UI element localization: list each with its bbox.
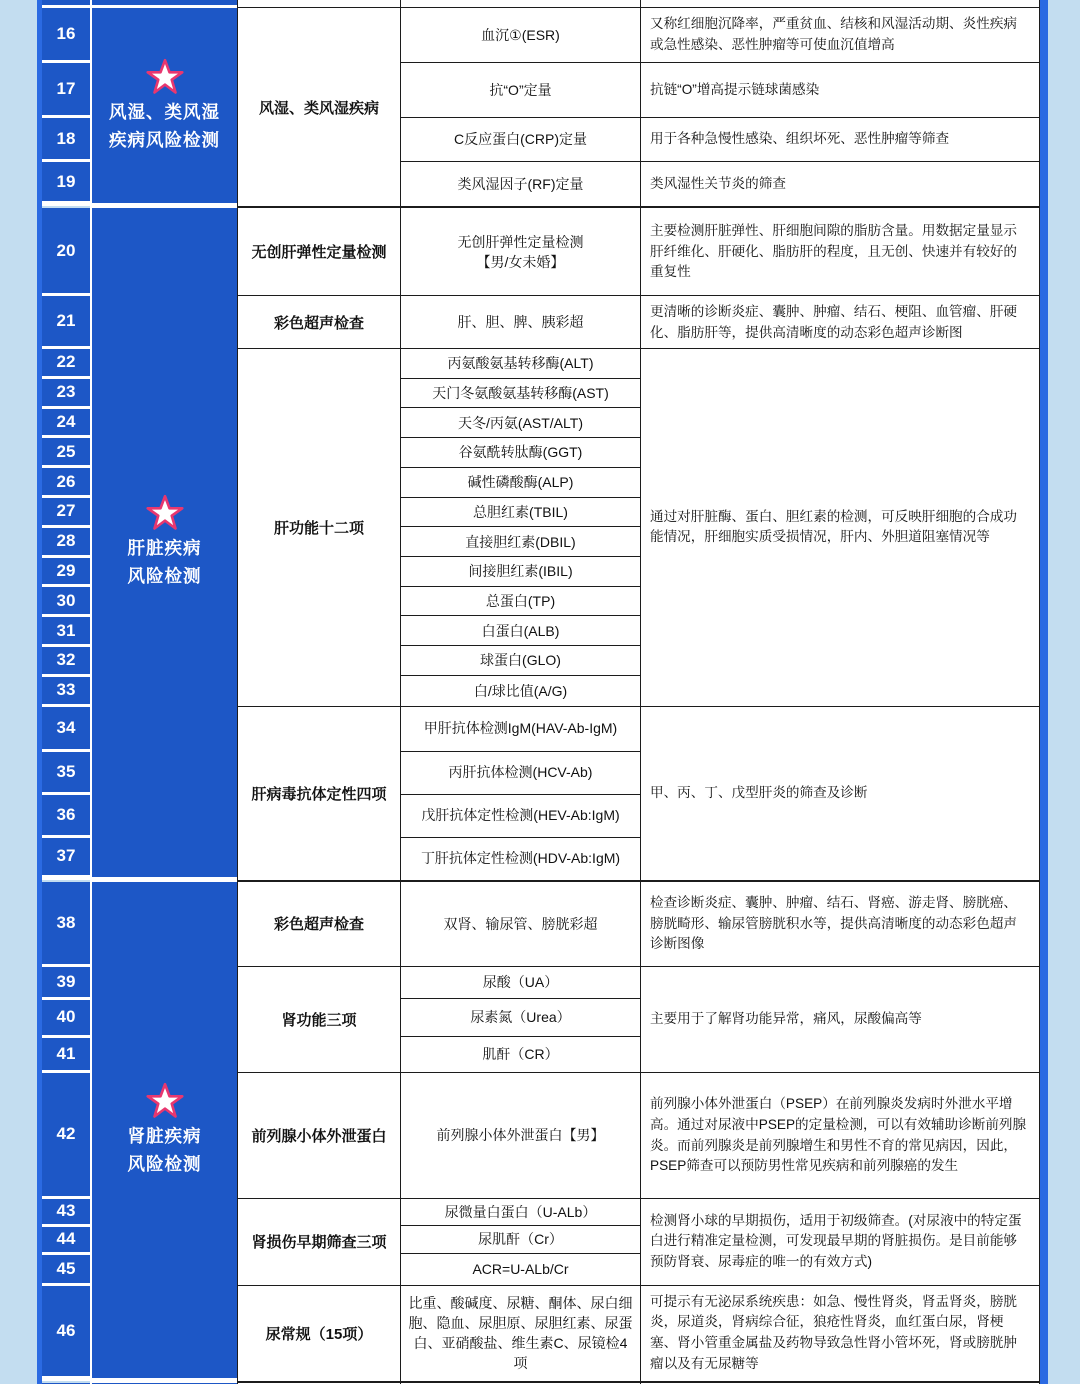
table-body: 无创肝弹性定量检测无创肝弹性定量检测 【男/女未婚】主要检测肝脏弹性、肝细胞间隙…: [237, 208, 1040, 882]
category-cell: 风湿、类风湿疾病风险检测: [92, 8, 237, 208]
group-row: 风湿、类风湿疾病血沉①(ESR)又称红细胞沉降率，严重贫血、结核和风湿活动期、炎…: [238, 8, 1039, 206]
table-row: 比重、酸碱度、尿糖、酮体、尿白细胞、隐血、尿胆原、尿胆红素、尿蛋白、亚硝酸盐、维…: [401, 1286, 1039, 1381]
test-item-cell: 尿素氮（Urea）: [401, 999, 640, 1037]
test-item-cell: 总蛋白(TP): [401, 587, 640, 617]
group-body: 肝、胆、脾、胰彩超更清晰的诊断炎症、囊肿、肿瘤、结石、梗阻、血管瘤、肝硬化、脂肪…: [401, 296, 1039, 348]
row-number-cell: 31: [42, 617, 90, 647]
row-number-cell: 32: [42, 647, 90, 677]
table-row: C反应蛋白(CRP)定量用于各种急慢性感染、组织坏死、恶性肿瘤等筛查: [401, 118, 1039, 162]
test-items-column: 甲肝抗体检测IgM(HAV-Ab-IgM)丙肝抗体检测(HCV-Ab)戊肝抗体定…: [401, 707, 641, 880]
row-number-column: 16171819: [42, 8, 92, 208]
description-text: 类风湿性关节炎的筛查: [650, 174, 786, 195]
row-number-cell: 22: [42, 349, 90, 379]
group-row: 彩色超声检查双肾、输尿管、膀胱彩超检查诊断炎症、囊肿、肿瘤、结石、肾癌、游走肾、…: [238, 882, 1039, 967]
test-item-cell: [401, 0, 641, 7]
description-cell: 更清晰的诊断炎症、囊肿、肿瘤、结石、梗阻、血管瘤、肝硬化、脂肪肝等，提供高清晰度…: [641, 296, 1039, 349]
test-item-cell: 比重、酸碱度、尿糖、酮体、尿白细胞、隐血、尿胆原、尿胆红素、尿蛋白、亚硝酸盐、维…: [401, 1286, 641, 1381]
group-row: 肝病毒抗体定性四项甲肝抗体检测IgM(HAV-Ab-IgM)丙肝抗体检测(HCV…: [238, 707, 1039, 880]
row-number-cell: 19: [42, 162, 90, 206]
category-cell: [92, 0, 237, 8]
row-number-cell: 39: [42, 967, 90, 1000]
row-number-cell: 17: [42, 63, 90, 118]
row-number-cell: [42, 0, 90, 8]
group-name-cell: 肾损伤早期筛查三项: [238, 1199, 401, 1285]
description-cell: 通过对肝脏酶、蛋白、胆红素的检测，可反映肝细胞的合成功能情况，肝细胞实质受损情况…: [641, 349, 1039, 706]
test-item-cell: 白蛋白(ALB): [401, 616, 640, 646]
description-cell: 主要用于了解肾功能异常，痛风，尿酸偏高等: [641, 967, 1039, 1072]
group-body: 丙氨酸氨基转移酶(ALT)天门冬氨酸氨基转移酶(AST)天冬/丙氨(AST/AL…: [401, 349, 1039, 706]
test-item-cell: 肝、胆、脾、胰彩超: [401, 296, 641, 349]
group-row: 肾功能三项尿酸（UA）尿素氮（Urea）肌酐（CR）主要用于了解肾功能异常，痛风…: [238, 967, 1039, 1073]
test-item-cell: 抗“O”定量: [401, 63, 641, 117]
row-number-cell: 41: [42, 1038, 90, 1073]
description-text: 通过对肝脏酶、蛋白、胆红素的检测，可反映肝细胞的合成功能情况，肝细胞实质受损情况…: [650, 507, 1030, 548]
row-number-cell: 16: [42, 8, 90, 63]
row-number-cell: 26: [42, 468, 90, 498]
row-number-cell: 21: [42, 296, 90, 349]
description-text: 检查诊断炎症、囊肿、肿瘤、结石、肾癌、游走肾、膀胱癌、膀胱畸形、输尿管膀胱积水等…: [650, 893, 1030, 955]
category-label: 肝脏疾病: [128, 534, 202, 562]
group-row: 尿常规（15项）比重、酸碱度、尿糖、酮体、尿白细胞、隐血、尿胆原、尿胆红素、尿蛋…: [238, 1286, 1039, 1381]
row-number-cell: 27: [42, 498, 90, 528]
group-body: 比重、酸碱度、尿糖、酮体、尿白细胞、隐血、尿胆原、尿胆红素、尿蛋白、亚硝酸盐、维…: [401, 1286, 1039, 1381]
test-item-cell: 总胆红素(TBIL): [401, 498, 640, 528]
test-item-cell: 丙氨酸氨基转移酶(ALT): [401, 349, 640, 379]
table-section: 202122232425262728293031323334353637肝脏疾病…: [42, 208, 1040, 882]
category-cell: 肝脏疾病风险检测: [92, 208, 237, 882]
test-item-cell: 前列腺小体外泄蛋白【男】: [401, 1073, 641, 1199]
table-row: 无创肝弹性定量检测 【男/女未婚】主要检测肝脏弹性、肝细胞间隙的脂肪含量。用数据…: [401, 208, 1039, 296]
description-text: 抗链“O”增高提示链球菌感染: [650, 80, 819, 101]
group-name-cell: 肝功能十二项: [238, 349, 401, 706]
group-name-cell: 肝病毒抗体定性四项: [238, 707, 401, 880]
row-number-column: 202122232425262728293031323334353637: [42, 208, 92, 882]
row-number-cell: 20: [42, 208, 90, 296]
item-desc-rows: 无创肝弹性定量检测 【男/女未婚】主要检测肝脏弹性、肝细胞间隙的脂肪含量。用数据…: [401, 208, 1039, 295]
test-item-cell: 丙肝抗体检测(HCV-Ab): [401, 752, 640, 795]
description-text: 前列腺小体外泄蛋白（PSEP）在前列腺炎发病时外泄水平增高。通过对尿液中PSEP…: [650, 1094, 1030, 1177]
test-item-cell: ACR=U-ALb/Cr: [401, 1254, 640, 1285]
table-section: 16171819风湿、类风湿疾病风险检测风湿、类风湿疾病血沉①(ESR)又称红细…: [42, 8, 1040, 208]
description-cell: 甲、丙、丁、戊型肝炎的筛查及诊断: [641, 707, 1039, 880]
category-label: 风险检测: [128, 562, 202, 590]
description-text: 用于各种急慢性感染、组织坏死、恶性肿瘤等筛查: [650, 129, 949, 150]
row-number-cell: 34: [42, 707, 90, 752]
description-cell: 类风湿性关节炎的筛查: [641, 162, 1039, 206]
test-item-cell: 间接胆红素(IBIL): [401, 557, 640, 587]
table-row: 肝、胆、脾、胰彩超更清晰的诊断炎症、囊肿、肿瘤、结石、梗阻、血管瘤、肝硬化、脂肪…: [401, 296, 1039, 349]
group-name-cell: 尿常规（15项）: [238, 1286, 401, 1381]
table-row: 双肾、输尿管、膀胱彩超检查诊断炎症、囊肿、肿瘤、结石、肾癌、游走肾、膀胱癌、膀胱…: [401, 882, 1039, 967]
test-item-cell: 球蛋白(GLO): [401, 646, 640, 676]
group-name-cell: 肾功能三项: [238, 967, 401, 1072]
table-row: 抗“O”定量抗链“O”增高提示链球菌感染: [401, 63, 1039, 118]
description-cell: 又称红细胞沉降率，严重贫血、结核和风湿活动期、炎性疾病或急性感染、恶性肿瘤等可使…: [641, 8, 1039, 62]
table-body: 彩色超声检查双肾、输尿管、膀胱彩超检查诊断炎症、囊肿、肿瘤、结石、肾癌、游走肾、…: [237, 882, 1040, 1383]
test-item-cell: 丁肝抗体定性检测(HDV-Ab:IgM): [401, 838, 640, 880]
test-item-cell: 尿肌酐（Cr）: [401, 1226, 640, 1254]
test-item-cell: 直接胆红素(DBIL): [401, 527, 640, 557]
test-item-cell: 白/球比值(A/G): [401, 676, 640, 706]
group-row: 肝功能十二项丙氨酸氨基转移酶(ALT)天门冬氨酸氨基转移酶(AST)天冬/丙氨(…: [238, 349, 1039, 707]
group-body: 尿微量白蛋白（U-ALb）尿肌酐（Cr）ACR=U-ALb/Cr检测肾小球的早期…: [401, 1199, 1039, 1285]
description-text: 可提示有无泌尿系统疾患：如急、慢性肾炎，肾盂肾炎，膀胱炎，尿道炎，肾病综合征，狼…: [650, 1292, 1030, 1375]
row-number-cell: 25: [42, 438, 90, 468]
table-row: 前列腺小体外泄蛋白【男】前列腺小体外泄蛋白（PSEP）在前列腺炎发病时外泄水平增…: [401, 1073, 1039, 1199]
group-body: 前列腺小体外泄蛋白【男】前列腺小体外泄蛋白（PSEP）在前列腺炎发病时外泄水平增…: [401, 1073, 1039, 1198]
description-text: 甲、丙、丁、戊型肝炎的筛查及诊断: [650, 783, 868, 804]
description-cell: 前列腺小体外泄蛋白（PSEP）在前列腺炎发病时外泄水平增高。通过对尿液中PSEP…: [641, 1073, 1039, 1199]
description-cell: 检查诊断炎症、囊肿、肿瘤、结石、肾癌、游走肾、膀胱癌、膀胱畸形、输尿管膀胱积水等…: [641, 882, 1039, 967]
row-number-cell: 35: [42, 752, 90, 795]
description-text: 检测肾小球的早期损伤，适用于初级筛查。(对尿液中的特定蛋白进行精准定量检测，可发…: [650, 1211, 1030, 1273]
item-desc-rows: 血沉①(ESR)又称红细胞沉降率，严重贫血、结核和风湿活动期、炎性疾病或急性感染…: [401, 8, 1039, 206]
table-section: 383940414243444546肾脏疾病风险检测彩色超声检查双肾、输尿管、膀…: [42, 882, 1040, 1383]
group-row: 肾损伤早期筛查三项尿微量白蛋白（U-ALb）尿肌酐（Cr）ACR=U-ALb/C…: [238, 1199, 1039, 1286]
right-edge-bar: [1040, 0, 1048, 1384]
description-text: 更清晰的诊断炎症、囊肿、肿瘤、结石、梗阻、血管瘤、肝硬化、脂肪肝等，提供高清晰度…: [650, 302, 1030, 343]
row-number-cell: 30: [42, 587, 90, 617]
star-icon: [146, 1082, 184, 1118]
test-item-cell: 戊肝抗体定性检测(HEV-Ab:IgM): [401, 795, 640, 838]
item-desc-rows: 肝、胆、脾、胰彩超更清晰的诊断炎症、囊肿、肿瘤、结石、梗阻、血管瘤、肝硬化、脂肪…: [401, 296, 1039, 348]
star-icon: [146, 494, 184, 530]
row-number-cell: 45: [42, 1255, 90, 1286]
group-name-cell: 无创肝弹性定量检测: [238, 208, 401, 295]
row-number-cell: 18: [42, 118, 90, 162]
group-name-cell: [238, 0, 401, 7]
test-items-column: 丙氨酸氨基转移酶(ALT)天门冬氨酸氨基转移酶(AST)天冬/丙氨(AST/AL…: [401, 349, 641, 706]
test-item-cell: 天冬/丙氨(AST/ALT): [401, 408, 640, 438]
group-name-cell: 彩色超声检查: [238, 296, 401, 348]
test-item-cell: 双肾、输尿管、膀胱彩超: [401, 882, 641, 967]
category-label: 风湿、类风湿: [109, 98, 220, 126]
group-body: 双肾、输尿管、膀胱彩超检查诊断炎症、囊肿、肿瘤、结石、肾癌、游走肾、膀胱癌、膀胱…: [401, 882, 1039, 966]
group-body: 无创肝弹性定量检测 【男/女未婚】主要检测肝脏弹性、肝细胞间隙的脂肪含量。用数据…: [401, 208, 1039, 295]
description-cell: 用于各种急慢性感染、组织坏死、恶性肿瘤等筛查: [641, 118, 1039, 161]
row-number-cell: 28: [42, 528, 90, 558]
item-desc-rows: 双肾、输尿管、膀胱彩超检查诊断炎症、囊肿、肿瘤、结石、肾癌、游走肾、膀胱癌、膀胱…: [401, 882, 1039, 966]
table-row: 血沉①(ESR)又称红细胞沉降率，严重贫血、结核和风湿活动期、炎性疾病或急性感染…: [401, 8, 1039, 63]
row-number-cell: 44: [42, 1227, 90, 1255]
item-desc-rows: 比重、酸碱度、尿糖、酮体、尿白细胞、隐血、尿胆原、尿胆红素、尿蛋白、亚硝酸盐、维…: [401, 1286, 1039, 1381]
test-item-cell: 谷氨酰转肽酶(GGT): [401, 438, 640, 468]
description-cell: 主要检测肝脏弹性、肝细胞间隙的脂肪含量。用数据定量显示肝纤维化、肝硬化、脂肪肝的…: [641, 208, 1039, 296]
star-icon: [146, 58, 184, 94]
table-body: 风湿、类风湿疾病血沉①(ESR)又称红细胞沉降率，严重贫血、结核和风湿活动期、炎…: [237, 8, 1040, 208]
test-item-cell: 尿酸（UA）: [401, 967, 640, 1000]
group-row: 前列腺小体外泄蛋白前列腺小体外泄蛋白【男】前列腺小体外泄蛋白（PSEP）在前列腺…: [238, 1073, 1039, 1199]
row-number-cell: 36: [42, 795, 90, 838]
description-cell: 检测肾小球的早期损伤，适用于初级筛查。(对尿液中的特定蛋白进行精准定量检测，可发…: [641, 1199, 1039, 1285]
table-body: [237, 0, 1040, 8]
group-row: 彩色超声检查肝、胆、脾、胰彩超更清晰的诊断炎症、囊肿、肿瘤、结石、梗阻、血管瘤、…: [238, 296, 1039, 349]
row-number-cell: 43: [42, 1199, 90, 1227]
category-label: 疾病风险检测: [109, 126, 220, 154]
group-name-cell: 风湿、类风湿疾病: [238, 8, 401, 206]
category-label: 肾脏疾病: [128, 1122, 202, 1150]
row-number-cell: 29: [42, 558, 90, 588]
description-cell: 抗链“O”增高提示链球菌感染: [641, 63, 1039, 117]
group-row: 无创肝弹性定量检测无创肝弹性定量检测 【男/女未婚】主要检测肝脏弹性、肝细胞间隙…: [238, 208, 1039, 296]
test-item-cell: 甲肝抗体检测IgM(HAV-Ab-IgM): [401, 707, 640, 752]
description-text: 又称红细胞沉降率，严重贫血、结核和风湿活动期、炎性疾病或急性感染、恶性肿瘤等可使…: [650, 14, 1030, 55]
previous-row-partial: [42, 0, 1040, 8]
test-item-cell: 天门冬氨酸氨基转移酶(AST): [401, 379, 640, 409]
row-number-cell: 38: [42, 882, 90, 967]
row-number-cell: 42: [42, 1073, 90, 1199]
category-label: 风险检测: [128, 1150, 202, 1178]
health-exam-table-page: 16171819风湿、类风湿疾病风险检测风湿、类风湿疾病血沉①(ESR)又称红细…: [0, 0, 1080, 1384]
row-number-cell: 33: [42, 677, 90, 707]
group-body: 血沉①(ESR)又称红细胞沉降率，严重贫血、结核和风湿活动期、炎性疾病或急性感染…: [401, 8, 1039, 206]
group-body: 甲肝抗体检测IgM(HAV-Ab-IgM)丙肝抗体检测(HCV-Ab)戊肝抗体定…: [401, 707, 1039, 880]
description-text: 主要检测肝脏弹性、肝细胞间隙的脂肪含量。用数据定量显示肝纤维化、肝硬化、脂肪肝的…: [650, 221, 1030, 283]
description-cell: [641, 0, 1039, 7]
test-items-column: 尿酸（UA）尿素氮（Urea）肌酐（CR）: [401, 967, 641, 1072]
group-name-cell: 前列腺小体外泄蛋白: [238, 1073, 401, 1198]
test-items-column: 尿微量白蛋白（U-ALb）尿肌酐（Cr）ACR=U-ALb/Cr: [401, 1199, 641, 1285]
row-number-cell: 40: [42, 1000, 90, 1038]
group-body: 尿酸（UA）尿素氮（Urea）肌酐（CR）主要用于了解肾功能异常，痛风，尿酸偏高…: [401, 967, 1039, 1072]
description-text: 主要用于了解肾功能异常，痛风，尿酸偏高等: [650, 1009, 922, 1030]
test-item-cell: 类风湿因子(RF)定量: [401, 162, 641, 206]
test-item-cell: 肌酐（CR）: [401, 1037, 640, 1072]
table-row: 类风湿因子(RF)定量类风湿性关节炎的筛查: [401, 162, 1039, 206]
row-number-cell: 46: [42, 1286, 90, 1381]
group-name-cell: 彩色超声检查: [238, 882, 401, 966]
test-item-cell: C反应蛋白(CRP)定量: [401, 118, 641, 161]
description-cell: 可提示有无泌尿系统疾患：如急、慢性肾炎，肾盂肾炎，膀胱炎，尿道炎，肾病综合征，狼…: [641, 1286, 1039, 1381]
category-cell: 肾脏疾病风险检测: [92, 882, 237, 1383]
test-item-cell: 尿微量白蛋白（U-ALb）: [401, 1199, 640, 1227]
row-number-cell: 37: [42, 838, 90, 880]
row-number-column: [42, 0, 92, 8]
test-item-cell: 碱性磷酸酶(ALP): [401, 468, 640, 498]
test-item-cell: 血沉①(ESR): [401, 8, 641, 62]
row-number-cell: 23: [42, 379, 90, 409]
row-number-cell: 24: [42, 409, 90, 439]
test-item-cell: 无创肝弹性定量检测 【男/女未婚】: [401, 208, 641, 296]
row-number-column: 383940414243444546: [42, 882, 92, 1383]
item-desc-rows: 前列腺小体外泄蛋白【男】前列腺小体外泄蛋白（PSEP）在前列腺炎发病时外泄水平增…: [401, 1073, 1039, 1198]
